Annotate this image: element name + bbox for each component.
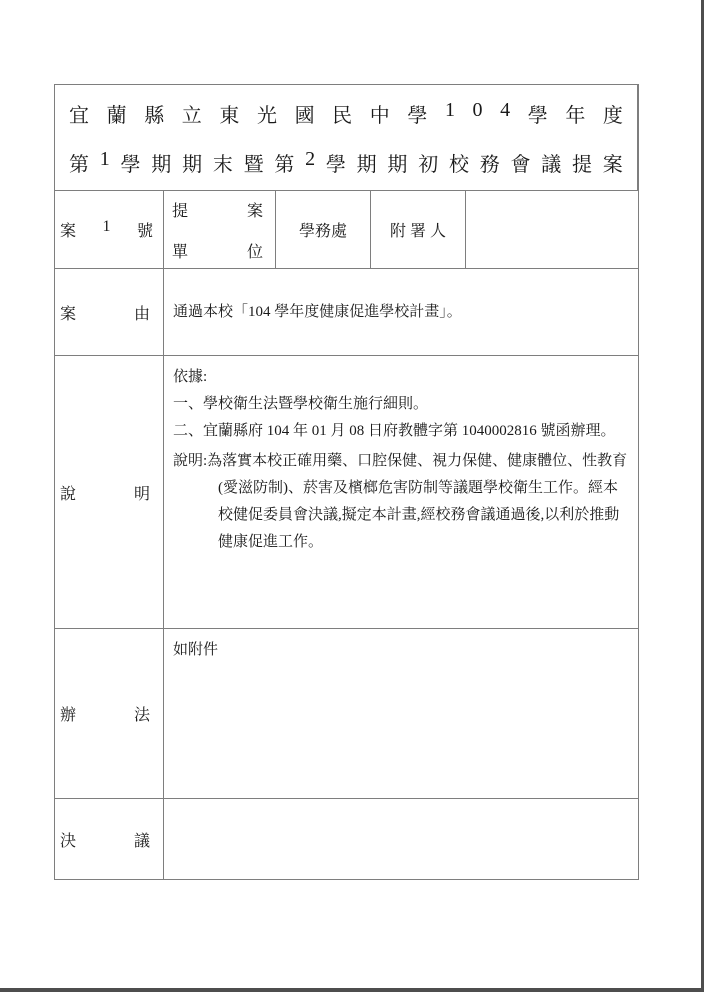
explanation-prefix: 說明: — [173, 453, 207, 469]
description-content-cell: 依據: 一、學校衛生法暨學校衛生施行細則。 二、宜蘭縣府 104 年 01 月 … — [164, 356, 638, 629]
subject-content-text: 通過本校「104 學年度健康促進學校計畫」。 — [173, 299, 629, 326]
title-line-1: 宜蘭縣立東光國民中學104學年度 — [69, 99, 623, 128]
case-number-cell: 案1號 — [55, 191, 164, 269]
method-content-text: 如附件 — [173, 637, 629, 664]
subject-label: 案由 — [60, 301, 150, 324]
case-number-label: 案1號 — [60, 218, 153, 241]
explanation-body: 為落實本校正確用藥、口腔保健、視力保健、健康體位、性教育(愛滋防制)、菸害及檳榔… — [207, 453, 627, 550]
subject-content-cell: 通過本校「104 學年度健康促進學校計畫」。 — [164, 269, 638, 356]
resolution-content-cell — [164, 799, 638, 879]
proposing-unit-label-cell: 提案 單位 — [164, 191, 276, 269]
title-row: 宜蘭縣立東光國民中學104學年度 第1學期期末暨第2學期期初校務會議提案 — [55, 85, 638, 191]
description-label: 說明 — [60, 481, 150, 504]
document-page: 宜蘭縣立東光國民中學104學年度 第1學期期末暨第2學期期初校務會議提案 案1號… — [0, 0, 704, 992]
title-line-2: 第1學期期末暨第2學期期初校務會議提案 — [69, 148, 623, 177]
proposing-unit-label-line1: 提案 — [172, 198, 263, 221]
resolution-label-cell: 決議 — [55, 799, 164, 879]
basis-item-2: 二、宜蘭縣府 104 年 01 月 08 日府教體字第 1040002816 號… — [173, 418, 629, 445]
method-content-cell: 如附件 — [164, 629, 638, 799]
cosigner-value-cell — [466, 191, 638, 269]
basis-item-1: 一、學校衛生法暨學校衛生施行細則。 — [173, 391, 629, 418]
subject-label-cell: 案由 — [55, 269, 164, 356]
basis-heading: 依據: — [173, 364, 629, 391]
description-label-cell: 說明 — [55, 356, 164, 629]
resolution-label: 決議 — [60, 828, 150, 851]
method-label-cell: 辦法 — [55, 629, 164, 799]
method-label: 辦法 — [60, 702, 150, 725]
explanation-paragraph: 說明:為落實本校正確用藥、口腔保健、視力保健、健康體位、性教育(愛滋防制)、菸害… — [173, 448, 629, 556]
cosigner-label-cell: 附 署 人 — [371, 191, 466, 269]
proposing-unit-value-cell: 學務處 — [276, 191, 371, 269]
proposal-table: 宜蘭縣立東光國民中學104學年度 第1學期期末暨第2學期期初校務會議提案 案1號… — [54, 84, 639, 880]
proposing-unit-label-line2: 單位 — [172, 239, 263, 262]
